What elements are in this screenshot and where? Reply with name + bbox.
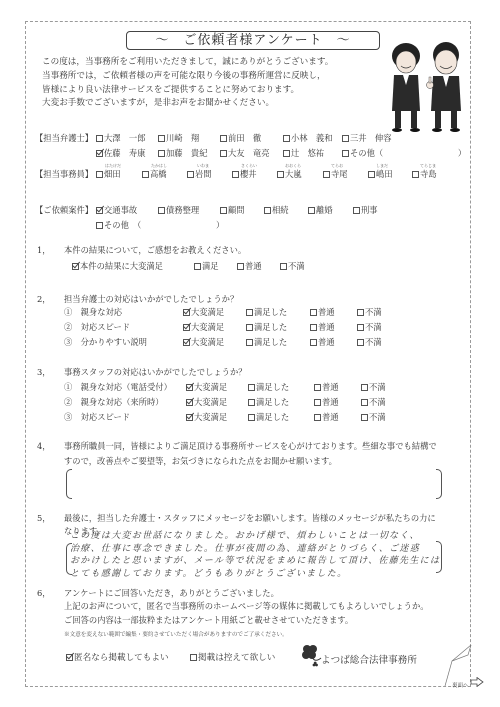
rating-option[interactable]: 満足した bbox=[248, 412, 289, 423]
staff-option[interactable]: 岩間 bbox=[187, 169, 212, 180]
staff-option[interactable]: 寺島 bbox=[412, 169, 437, 180]
q3-row-label: ③ 対応スピード bbox=[64, 412, 130, 423]
staff-option[interactable]: 櫻井 bbox=[232, 169, 257, 180]
q2-row-label: ① 親身な対応 bbox=[64, 307, 122, 318]
staff-option[interactable]: 嶋田 bbox=[368, 169, 393, 180]
q5-number: 5， bbox=[37, 513, 51, 524]
checkbox[interactable] bbox=[248, 414, 255, 421]
checkbox[interactable] bbox=[342, 135, 349, 142]
checkbox-checked[interactable] bbox=[66, 654, 73, 661]
checkbox[interactable] bbox=[308, 207, 315, 214]
survey-title: ～ ご依頼者様アンケート ～ bbox=[126, 31, 380, 50]
q6-line: 上記のお声について，匿名で当事務所のホームページ等の媒体に掲載してもよろしいでし… bbox=[64, 601, 429, 612]
checkbox[interactable] bbox=[342, 150, 349, 157]
checkbox[interactable] bbox=[220, 150, 227, 157]
q3-row-label: ① 親身な対応（電話受付） bbox=[64, 382, 172, 393]
lawyer-option[interactable]: 大友 竜亮 bbox=[220, 148, 270, 159]
rating-option[interactable]: 不満 bbox=[361, 382, 386, 393]
q2-question: 担当弁護士の対応はいかがでしたでしょうか？ bbox=[64, 294, 238, 305]
q2-row-label: ③ 分かりやすい説明 bbox=[64, 337, 147, 348]
rating-option[interactable]: 満足した bbox=[246, 322, 287, 333]
checkbox[interactable] bbox=[357, 339, 364, 346]
checkbox[interactable] bbox=[237, 263, 244, 270]
rating-option[interactable]: 普通 bbox=[314, 412, 339, 423]
checkbox[interactable] bbox=[323, 171, 330, 178]
q1-question: 本件の結果について，ご感想をお教えください。 bbox=[64, 245, 246, 256]
staff-label: 【担当事務員】 bbox=[35, 169, 93, 180]
checkbox[interactable] bbox=[310, 339, 317, 346]
case-option[interactable]: 顧問 bbox=[220, 205, 245, 216]
checkbox[interactable] bbox=[158, 135, 165, 142]
rating-option[interactable]: 普通 bbox=[310, 322, 335, 333]
checkbox[interactable] bbox=[248, 384, 255, 391]
staff-option[interactable]: 大嵐 bbox=[277, 169, 302, 180]
checkbox[interactable] bbox=[220, 135, 227, 142]
q2-number: 2， bbox=[37, 294, 51, 305]
checkbox-checked[interactable] bbox=[186, 384, 193, 391]
case-option[interactable]: 離婚 bbox=[308, 205, 333, 216]
rating-option[interactable]: 普通 bbox=[314, 382, 339, 393]
q6-line: ご回答の内容は一部抜粋またはアンケート用紙ごと載せさせていただきます。 bbox=[64, 615, 353, 626]
checkbox[interactable] bbox=[361, 384, 368, 391]
checkbox[interactable] bbox=[190, 654, 197, 661]
answer-bracket-right bbox=[436, 541, 442, 573]
checkbox[interactable] bbox=[194, 263, 201, 270]
q4-question-line: 事務所職員一同，皆様によりご満足頂ける事務所サービスを心がけております。些細な事… bbox=[64, 441, 437, 452]
checkbox[interactable] bbox=[314, 414, 321, 421]
checkbox[interactable] bbox=[158, 150, 165, 157]
checkbox[interactable] bbox=[277, 171, 284, 178]
q4-answer-field[interactable] bbox=[74, 470, 434, 498]
checkbox[interactable] bbox=[357, 309, 364, 316]
lawyers-label: 【担当弁護士】 bbox=[35, 133, 93, 144]
checkbox-checked[interactable] bbox=[96, 207, 103, 214]
rating-option[interactable]: 普通 bbox=[314, 397, 339, 408]
handwritten-line: とても感謝しております。どうもありがとうございました。 bbox=[70, 568, 440, 581]
checkbox[interactable] bbox=[246, 309, 253, 316]
case-option-other[interactable]: その他 （ ） bbox=[96, 220, 224, 231]
publish-option[interactable]: 掲載は控えて欲しい bbox=[190, 653, 275, 664]
rating-option[interactable]: 不満 bbox=[357, 322, 382, 333]
checkbox-checked[interactable] bbox=[96, 150, 103, 157]
arrow-right-icon[interactable] bbox=[470, 677, 484, 687]
rating-option[interactable]: 不満 bbox=[357, 337, 382, 348]
checkbox[interactable] bbox=[314, 384, 321, 391]
clover-logo-icon bbox=[301, 644, 323, 668]
checkbox[interactable] bbox=[283, 150, 290, 157]
checkbox[interactable] bbox=[361, 414, 368, 421]
rating-option[interactable]: 大変満足 bbox=[183, 337, 224, 348]
staff-option[interactable]: 寺尾 bbox=[323, 169, 348, 180]
checkbox[interactable] bbox=[310, 324, 317, 331]
lawyer-option[interactable]: 小林 義和 bbox=[283, 133, 333, 144]
q3-number: 3， bbox=[37, 367, 51, 378]
rating-option[interactable]: 不満 bbox=[361, 397, 386, 408]
answer-bracket-left bbox=[66, 469, 72, 499]
lawyer-option[interactable]: 川崎 翔 bbox=[158, 133, 199, 144]
lawyer-option[interactable]: 大澤 一郎 bbox=[96, 133, 146, 144]
staff-option[interactable]: 高橋 bbox=[142, 169, 167, 180]
rating-option[interactable]: 大変満足 bbox=[183, 307, 224, 318]
checkbox[interactable] bbox=[412, 171, 419, 178]
checkbox[interactable] bbox=[96, 171, 103, 178]
checkbox[interactable] bbox=[232, 171, 239, 178]
lawyer-option-other[interactable]: その他（ ） bbox=[342, 148, 466, 159]
rating-option[interactable]: 普通 bbox=[310, 307, 335, 318]
checkbox[interactable] bbox=[220, 207, 227, 214]
intro-line: 当事務所では，ご依頼者様の声を可能な限り今後の事務所運営に反映し， bbox=[42, 70, 333, 84]
q1-option[interactable]: 本件の結果に大変満足 bbox=[72, 261, 163, 272]
intro-line: 皆様により良い法律サービスをご提供することに努めております。 bbox=[42, 84, 333, 98]
q3-question: 事務スタッフの対応はいかがでしたでしょうか？ bbox=[64, 367, 247, 378]
intro-text: この度は，当事務所をご利用いただきまして，誠にありがとうございます。 当事務所で… bbox=[42, 56, 333, 111]
checkbox[interactable] bbox=[310, 309, 317, 316]
q4-number: 4， bbox=[37, 441, 51, 452]
handwritten-line: この度は大変お世話になりました。おかげ様で、煩わしいことは一切なく、 bbox=[70, 530, 440, 543]
lawyer-option[interactable]: 前田 徹 bbox=[220, 133, 261, 144]
rating-option[interactable]: 大変満足 bbox=[186, 382, 227, 393]
q1-number: 1， bbox=[37, 245, 51, 256]
checkbox[interactable] bbox=[187, 171, 194, 178]
checkbox[interactable] bbox=[246, 324, 253, 331]
firm-name: よつば総合法律事務所 bbox=[321, 652, 417, 666]
checkbox[interactable] bbox=[96, 135, 103, 142]
case-option[interactable]: 相続 bbox=[264, 205, 289, 216]
checkbox[interactable] bbox=[283, 135, 290, 142]
staff-option[interactable]: 畑田 bbox=[96, 169, 121, 180]
q3-row-label: ② 親身な対応（来所時） bbox=[64, 397, 164, 408]
lawyer-option[interactable]: 三井 伸容 bbox=[342, 133, 392, 144]
checkbox[interactable] bbox=[264, 207, 271, 214]
q6-number: 6， bbox=[37, 588, 51, 599]
rating-option[interactable]: 大変満足 bbox=[183, 322, 224, 333]
checkbox[interactable] bbox=[280, 263, 287, 270]
publish-option[interactable]: 匿名なら掲載してもよい bbox=[66, 653, 169, 664]
rating-option[interactable]: 不満 bbox=[357, 307, 382, 318]
checkbox[interactable] bbox=[314, 399, 321, 406]
q2-row-label: ② 対応スピード bbox=[64, 322, 130, 333]
checkbox[interactable] bbox=[142, 171, 149, 178]
checkbox[interactable] bbox=[96, 222, 103, 229]
checkbox[interactable] bbox=[158, 207, 165, 214]
rating-option[interactable]: 大変満足 bbox=[186, 412, 227, 423]
intro-line: 大変お手数でございますが，是非お声をお聞かせください。 bbox=[42, 97, 333, 111]
q1-option[interactable]: 普通 bbox=[237, 261, 262, 272]
q1-option[interactable]: 満足 bbox=[194, 261, 219, 272]
q6-note: ※文意を変えない範囲で編集・要約させていただく場合がありますのでご了承ください。 bbox=[64, 630, 288, 638]
rating-option[interactable]: 普通 bbox=[310, 337, 335, 348]
q5-handwritten-answer[interactable]: この度は大変お世話になりました。おかげ様で、煩わしいことは一切なく、 治療、仕事… bbox=[70, 530, 440, 580]
checkbox[interactable] bbox=[248, 399, 255, 406]
rating-option[interactable]: 満足した bbox=[248, 397, 289, 408]
case-option[interactable]: 交通事故 bbox=[96, 205, 137, 216]
two-lawyers-illustration bbox=[384, 41, 474, 133]
checkbox[interactable] bbox=[246, 339, 253, 346]
checkbox-checked[interactable] bbox=[72, 263, 79, 270]
checkbox[interactable] bbox=[357, 324, 364, 331]
lawyer-option[interactable]: 加藤 貴紀 bbox=[158, 148, 208, 159]
lawyer-option[interactable]: 辻 悠祐 bbox=[283, 148, 324, 159]
rating-option[interactable]: 満足した bbox=[246, 337, 287, 348]
q1-option[interactable]: 不満 bbox=[280, 261, 305, 272]
q6-line: アンケートにご回答いただき，ありがとうございました。 bbox=[64, 588, 279, 599]
next-page-label[interactable]: 裏面へ bbox=[452, 681, 469, 689]
checkbox[interactable] bbox=[361, 399, 368, 406]
answer-bracket-right bbox=[436, 469, 442, 499]
rating-option[interactable]: 大変満足 bbox=[186, 397, 227, 408]
case-type-label: 【ご依頼案件】 bbox=[35, 205, 93, 216]
q4-question-line: すので，改善点やご要望等，お気づきになられた点をお聞かせ願います。 bbox=[64, 456, 337, 467]
checkbox[interactable] bbox=[368, 171, 375, 178]
rating-option[interactable]: 満足した bbox=[246, 307, 287, 318]
checkbox[interactable] bbox=[353, 207, 360, 214]
case-option[interactable]: 債務整理 bbox=[158, 205, 199, 216]
intro-line: この度は，当事務所をご利用いただきまして，誠にありがとうございます。 bbox=[42, 56, 333, 70]
q5-question-line: 最後に，担当した弁護士・スタッフにメッセージをお願いします。皆様のメッセージが私… bbox=[64, 513, 436, 524]
lawyer-option[interactable]: 佐藤 寿康 bbox=[96, 148, 146, 159]
checkbox-checked[interactable] bbox=[186, 414, 193, 421]
handwritten-line: 治療、仕事に専念できました。仕事が夜間の為、連絡がとりづらく、ご迷惑 bbox=[70, 543, 440, 556]
checkbox-checked[interactable] bbox=[183, 309, 190, 316]
handwritten-line: おかけしたと思いますが、メール等で状況をまめに報告して頂け、佐藤先生には bbox=[70, 555, 440, 568]
rating-option[interactable]: 満足した bbox=[248, 382, 289, 393]
case-option[interactable]: 刑事 bbox=[353, 205, 378, 216]
rating-option[interactable]: 不満 bbox=[361, 412, 386, 423]
checkbox-checked[interactable] bbox=[183, 324, 190, 331]
checkbox-checked[interactable] bbox=[186, 399, 193, 406]
checkbox-checked[interactable] bbox=[183, 339, 190, 346]
